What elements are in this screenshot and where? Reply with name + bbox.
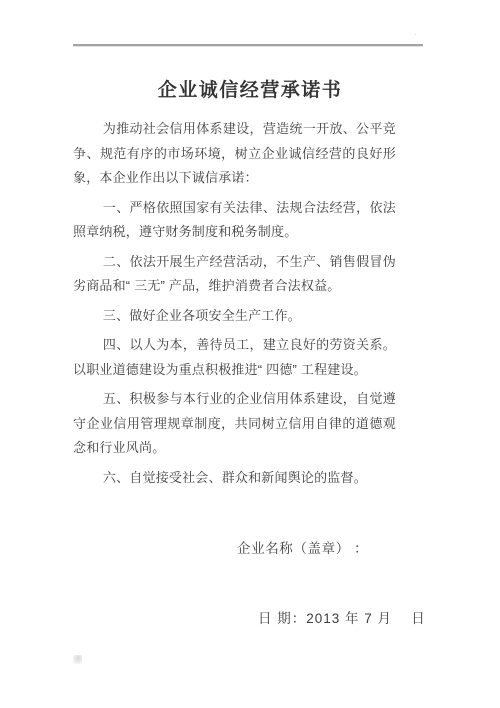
- corner-artifact-mark: ·: [414, 31, 417, 39]
- smudge-mark: [73, 655, 82, 664]
- date-line: 日 期：2013 年 7 月 日: [258, 607, 426, 627]
- document-page: · 企业诚信经营承诺书 为推动社会信用体系建设，营造统一开放、公平竞争、规范有序…: [0, 0, 500, 708]
- commitment-item-4: 四、以人为本，善待员工，建立良好的劳资关系。以职业道德建设为重点积极推进“ 四德…: [73, 333, 396, 382]
- header-rule: [73, 44, 423, 46]
- commitment-item-3: 三、做好企业各项安全生产工作。: [73, 304, 396, 329]
- commitment-item-5: 五、积极参与本行业的企业信用体系建设，自觉遵守企业信用管理规章制度，共同树立信用…: [73, 387, 396, 461]
- commitment-item-2: 二、依法开展生产经营活动，不生产、销售假冒伪劣商品和“ 三无” 产品，维护消费者…: [73, 250, 396, 299]
- company-name-seal-label: 企业名称（盖章） ：: [237, 537, 368, 557]
- intro-paragraph: 为推动社会信用体系建设，营造统一开放、公平竞争、规范有序的市场环境，树立企业诚信…: [73, 117, 396, 191]
- document-title: 企业诚信经营承诺书: [0, 75, 500, 102]
- commitment-item-1: 一、严格依照国家有关法律、法规合法经营，依法照章纳税，遵守财务制度和税务制度。: [73, 196, 396, 245]
- commitment-item-6: 六、自觉接受社会、群众和新闻舆论的监督。: [73, 466, 396, 491]
- document-body: 为推动社会信用体系建设，营造统一开放、公平竞争、规范有序的市场环境，树立企业诚信…: [73, 117, 396, 495]
